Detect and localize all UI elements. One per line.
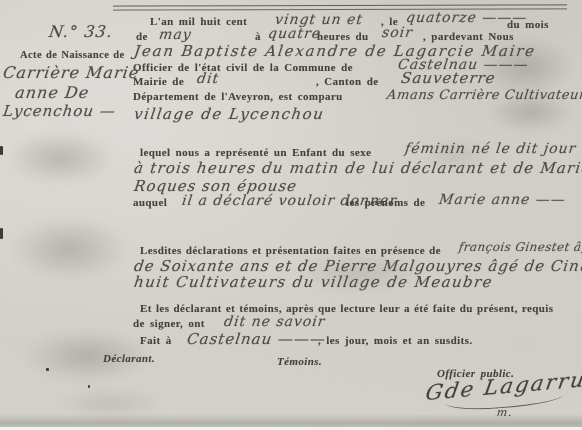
hw-sex-birthday: féminin né le dit jour [404, 141, 577, 157]
edge-mark [0, 228, 3, 239]
hw-fait-place: Castelnau ——— [186, 330, 327, 348]
printed-lesdites-line: Lesdites déclarations et présentation fa… [140, 245, 441, 257]
bleedthrough-smudge [8, 132, 113, 184]
hw-ne-savoir: dit ne savoir [223, 314, 327, 330]
birth-record-scan: N.° 33. Acte de Naissance de Carrière Ma… [0, 0, 582, 430]
printed-auquel: auquel [133, 197, 167, 209]
margin-name-line-3: Lycenchou — [2, 102, 117, 120]
act-number: N.° 33. [48, 22, 114, 41]
act-title-label: Acte de Naissance de [20, 50, 125, 61]
printed-officier-line: Officier de l'état civil de la Commune d… [133, 62, 353, 74]
printed-lequel-line: lequel nous a représenté un Enfant du se… [140, 147, 371, 159]
hw-comparant: Amans Carrière Cultivateur du [386, 88, 582, 103]
hw-mairie: dit [196, 71, 220, 87]
declarant-label: Déclarant. [103, 353, 155, 365]
printed-mairie-de: Mairie de [133, 76, 184, 88]
hw-child-forenames: Marie anne —— [438, 192, 567, 208]
printed-lecture-line: Et les déclarant et témoins, après que l… [140, 303, 553, 315]
hw-month: may [158, 27, 193, 43]
hw-hour: quatre [267, 26, 322, 42]
hw-birth-details: à trois heures du matin de lui déclarant… [133, 159, 582, 177]
hw-witness-3: huit Cultivateurs du village de Meaubre [133, 273, 494, 291]
signature-paraph: m. [496, 406, 514, 419]
printed-fait-a: Fait à [140, 335, 172, 347]
printed-susdits: , les jour, mois et an susdits. [318, 335, 472, 347]
ink-dot [88, 385, 90, 388]
edge-mark [0, 146, 3, 155]
printed-departement-line: Département de l'Aveyron, est comparu [133, 91, 343, 103]
scan-edge-shadow [0, 414, 582, 427]
temoins-label: Témoins. [277, 356, 322, 368]
hw-village: village de Lycenchou [133, 105, 326, 123]
printed-prenoms: les prénoms de [346, 197, 425, 209]
hw-time-of-day: soir [381, 25, 414, 41]
printed-signer: de signer, ont [133, 318, 205, 330]
margin-name-line-1: Carrière Marie [2, 63, 141, 82]
margin-name-line-2: anne De [14, 83, 91, 102]
hw-witness-1: françois Ginestet âgé [458, 240, 582, 254]
printed-canton-de: , Canton de [316, 76, 379, 88]
hw-canton: Sauveterre [400, 69, 497, 87]
bleedthrough-smudge [12, 218, 127, 280]
ink-dot [46, 368, 49, 371]
printed-du-mois: du mois [507, 19, 549, 31]
